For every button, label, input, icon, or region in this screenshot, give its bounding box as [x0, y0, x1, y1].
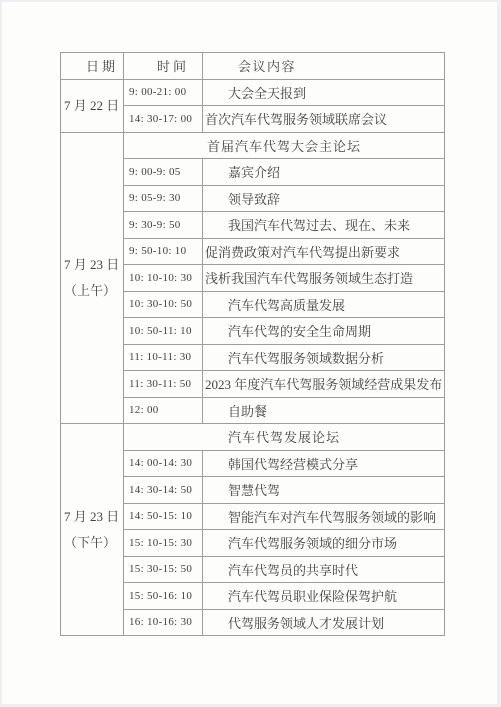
content-cell: 汽车代驾的安全生命周期 — [203, 318, 445, 345]
content-cell: 浅析我国汽车代驾服务领域生态打造 — [203, 265, 445, 292]
content-cell: 智能汽车对汽车代驾服务领域的影响 — [203, 503, 445, 530]
time-cell: 15: 10-15: 30 — [124, 530, 203, 557]
content-cell: 大会全天报到 — [203, 79, 445, 106]
content-cell: 领导致辞 — [203, 185, 445, 212]
content-cell: 汽车代驾员职业保险保驾护航 — [203, 583, 445, 610]
content-cell: 汽车代驾服务领域数据分析 — [203, 344, 445, 371]
time-cell: 15: 50-16: 10 — [124, 583, 203, 610]
content-cell: 代驾服务领域人才发展计划 — [203, 609, 445, 636]
content-cell: 首次汽车代驾服务领域联席会议 — [203, 106, 445, 133]
header-content: 会议内容 — [203, 53, 445, 80]
section-title-row: 7 月 23 日（下午）汽车代驾发展论坛 — [61, 424, 445, 451]
content-cell: 我国汽车代驾过去、现在、未来 — [203, 212, 445, 239]
date-cell: 7 月 23 日（上午） — [61, 132, 124, 424]
section-title-cell: 汽车代驾发展论坛 — [124, 424, 445, 451]
content-cell: 汽车代驾高质量发展 — [203, 291, 445, 318]
time-cell: 10: 30-10: 50 — [124, 291, 203, 318]
date-cell: 7 月 22 日 — [61, 79, 124, 132]
content-cell: 自助餐 — [203, 397, 445, 424]
document-page: 日期 时间 会议内容 7 月 22 日9: 00-21: 00大会全天报到14:… — [2, 2, 497, 704]
time-cell: 9: 05-9: 30 — [124, 185, 203, 212]
time-cell: 9: 00-9: 05 — [124, 159, 203, 186]
time-cell: 14: 50-15: 10 — [124, 503, 203, 530]
time-cell: 9: 30-9: 50 — [124, 212, 203, 239]
schedule-row: 7 月 22 日9: 00-21: 00大会全天报到 — [61, 79, 445, 106]
content-cell: 嘉宾介绍 — [203, 159, 445, 186]
content-cell: 促消费政策对汽车代驾提出新要求 — [203, 238, 445, 265]
time-cell: 14: 30-17: 00 — [124, 106, 203, 133]
time-cell: 11: 30-11: 50 — [124, 371, 203, 398]
time-cell: 9: 00-21: 00 — [124, 79, 203, 106]
content-cell: 汽车代驾服务领域的细分市场 — [203, 530, 445, 557]
section-title-cell: 首届汽车代驾大会主论坛 — [124, 132, 445, 159]
header-row: 日期 时间 会议内容 — [61, 53, 445, 80]
section-title-row: 7 月 23 日（上午）首届汽车代驾大会主论坛 — [61, 132, 445, 159]
time-cell: 14: 00-14: 30 — [124, 450, 203, 477]
content-cell: 汽车代驾员的共享时代 — [203, 556, 445, 583]
content-cell: 2023 年度汽车代驾服务领域经营成果发布 — [203, 371, 445, 398]
content-cell: 智慧代驾 — [203, 477, 445, 504]
time-cell: 10: 10-10: 30 — [124, 265, 203, 292]
time-cell: 11: 10-11: 30 — [124, 344, 203, 371]
time-cell: 15: 30-15: 50 — [124, 556, 203, 583]
time-cell: 10: 50-11: 10 — [124, 318, 203, 345]
time-cell: 14: 30-14: 50 — [124, 477, 203, 504]
schedule-table: 日期 时间 会议内容 7 月 22 日9: 00-21: 00大会全天报到14:… — [60, 52, 445, 636]
time-cell: 12: 00 — [124, 397, 203, 424]
time-cell: 16: 10-16: 30 — [124, 609, 203, 636]
content-cell: 韩国代驾经营模式分享 — [203, 450, 445, 477]
time-cell: 9: 50-10: 10 — [124, 238, 203, 265]
header-time: 时间 — [124, 53, 203, 80]
schedule-body: 日期 时间 会议内容 7 月 22 日9: 00-21: 00大会全天报到14:… — [61, 53, 445, 636]
header-date: 日期 — [61, 53, 124, 80]
date-cell: 7 月 23 日（下午） — [61, 424, 124, 636]
